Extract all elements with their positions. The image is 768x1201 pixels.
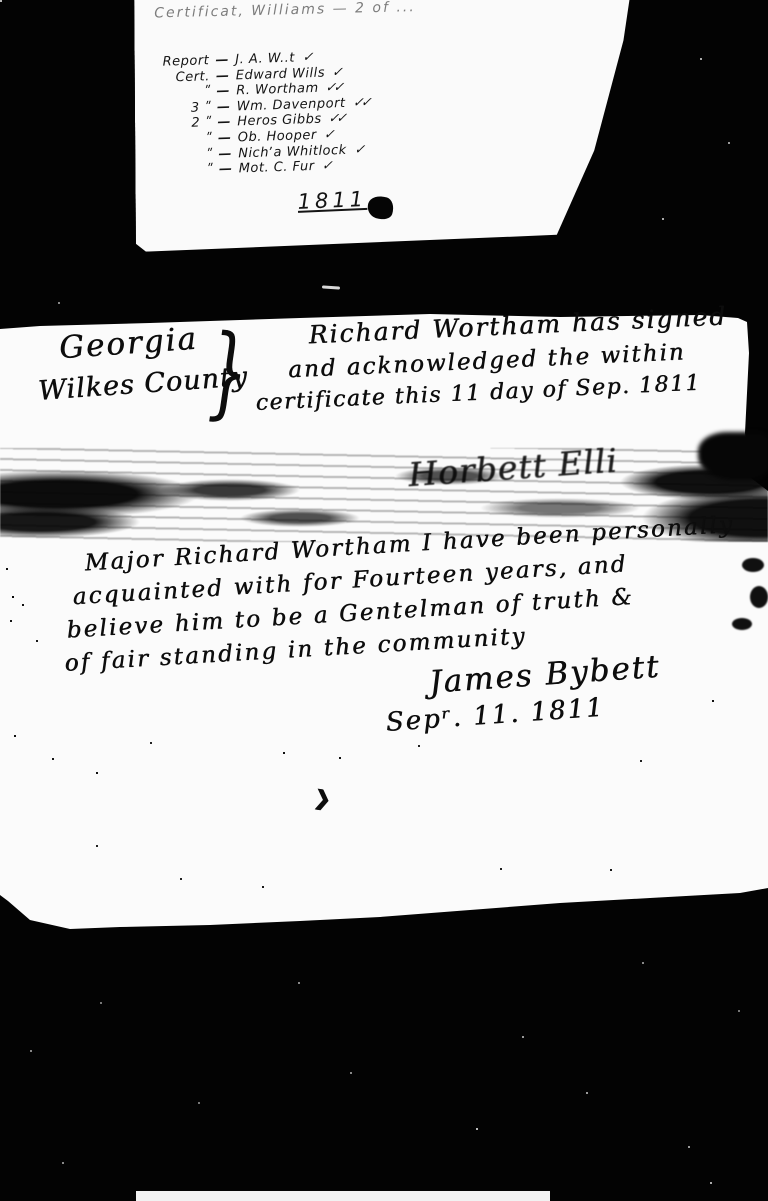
row-name: J. A. W..t [235, 51, 295, 68]
row-dash: — [210, 68, 236, 84]
row-dash: — [212, 130, 238, 146]
row-dash: — [212, 161, 238, 177]
row-name: R. Wortham [236, 81, 319, 99]
checkmark-icon: ✓✓ [327, 111, 347, 127]
checkmark-icon: ✓ [352, 142, 364, 157]
row-dash: — [211, 99, 237, 115]
row-name: Ob. Hooper [237, 128, 316, 145]
checkmark-icon: ✓✓ [351, 95, 371, 111]
note-card-header: Certificat, Williams — 2 of ... [154, 0, 594, 21]
checkmark-icon: ✓ [331, 65, 343, 80]
edge-ink-blot [732, 618, 752, 630]
curly-brace: } [207, 325, 248, 419]
row-label: 2 ʺ [153, 116, 211, 133]
checkmark-icon: ✓ [301, 50, 313, 65]
note-card: Certificat, Williams — 2 of ... Report —… [134, 0, 638, 256]
stray-ink-mark: ❯ [312, 785, 332, 811]
row-label: ʺ [155, 162, 213, 179]
edge-ink-blot [742, 558, 764, 572]
row-dash: — [209, 52, 235, 68]
row-label: ʺ [154, 131, 212, 148]
row-label: Report [151, 53, 209, 70]
row-label: ʺ [154, 147, 212, 164]
edge-ink-blot [750, 586, 768, 608]
row-dash: — [211, 115, 237, 131]
checkmark-icon: ✓ [323, 127, 335, 142]
next-page-edge [136, 1191, 550, 1201]
film-scratch [322, 285, 340, 289]
row-label: 3 ʺ [153, 100, 211, 117]
ink-blot [698, 432, 768, 480]
row-dash: — [212, 146, 238, 162]
note-card-list: Report — J. A. W..t ✓ Cert. — Edward Wil… [151, 41, 595, 180]
checkmark-icon: ✓ [320, 159, 332, 174]
row-label: ʺ [152, 84, 210, 101]
checkmark-icon: ✓✓ [324, 80, 344, 96]
background-specks [0, 0, 2, 2]
scanned-document-page: Certificat, Williams — 2 of ... Report —… [0, 0, 768, 1201]
row-name: Mot. C. Fur [238, 159, 314, 176]
row-dash: — [210, 84, 236, 100]
note-card-year: 1811 [297, 187, 367, 214]
ink-blot [365, 193, 397, 223]
row-label: Cert. [152, 69, 210, 86]
